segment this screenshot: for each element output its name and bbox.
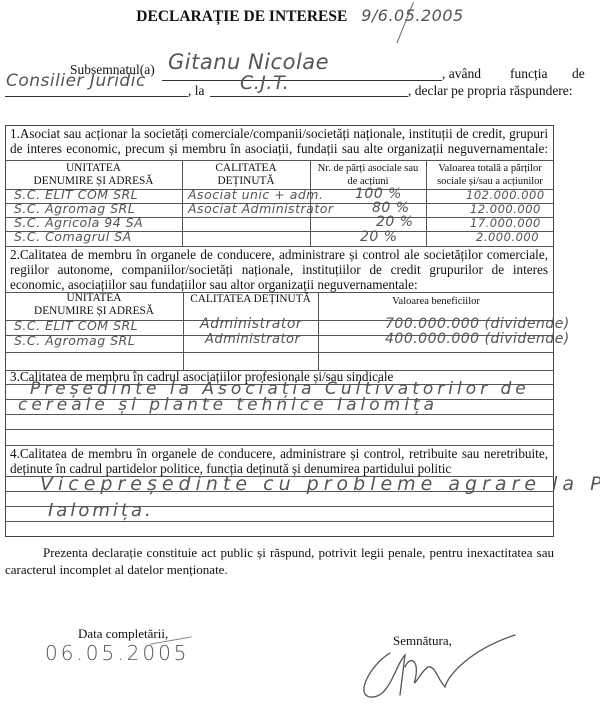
s1-col-nr-parti-l1: Nr. de părți asociale sau [310,162,426,175]
s1-row-value: 12.000.000 [470,202,541,216]
s2-row-unit: S.C. ELIT COM SRL [14,318,138,333]
s1-row-unit: S.C. Agromag SRL [14,201,135,216]
closing-line1: Prezenta declarație constituie act publi… [5,545,554,561]
divider [5,521,554,522]
section4-line1-text: 4.Calitatea de membru în organele de con… [10,446,548,461]
name-underline [162,80,442,81]
divider [5,352,554,353]
de-label: de [572,66,585,82]
divider [5,160,554,161]
signature-scribble [350,625,520,705]
closing-line1-text: Prezenta declarație constituie act publi… [43,545,554,560]
section2-line2-text: regiilor autonome, companiilor/societăți… [10,262,548,277]
section4-line1: 4.Calitatea de membru în organele de con… [10,446,548,461]
section2-line1: 2.Calitatea de membru în organele de con… [10,247,548,262]
s1-row-unit: S.C. Comagrul SA [14,229,132,244]
declar-label: , declar pe propria răspundere: [408,83,573,99]
s1-row-value: 17.000.000 [470,216,541,230]
avand-label: , având [442,66,481,82]
s1-col-valoarea: Valoarea totală a părților sociale și/sa… [426,162,554,188]
s2-row-unit: S.C. Agromag SRL [14,333,135,348]
functia-label: funcția [510,66,547,82]
closing-line2: caracterul incomplet al datelor menționa… [5,562,228,578]
s1-row-value: 2.000.000 [476,230,539,244]
s1-col-unitatea: UNITATEA DENUMIRE ȘI ADRESĂ [5,162,182,188]
s1-row-value: 102.000.000 [466,188,545,202]
divider [5,429,554,430]
section2-line2: regiilor autonome, companiilor/societăți… [10,262,548,277]
date-label: Data completării, [78,626,168,642]
s1-col-nr-parti: Nr. de părți asociale sau de acțiuni [310,162,426,188]
institution-underline [210,96,408,97]
divider [5,414,554,415]
divider [5,491,554,492]
date-value: 06.05.2005 [45,641,190,665]
handwritten-date: 9/6.05.2005 [361,6,464,25]
s1-col-calitatea: CALITATEA DEȚINUTĂ [182,162,310,188]
s1-col-unitatea-l1: UNITATEA [5,162,182,175]
section3-hand-line2: cereale și plante tehnice Ialomița [18,395,438,415]
s1-col-valoarea-l2: sociale și/sau a acțiunilor [426,175,554,188]
s2-col-unitatea: UNITATEA DENUMIRE ȘI ADRESĂ [5,292,183,318]
section1-heading: 1.Asociat sau acționar la societăți come… [10,126,548,156]
s1-row-role: Asociat unic + adm. [188,187,323,202]
s1-col-calitatea-l1: CALITATEA [182,162,310,175]
s1-row-shares: 20 % [376,214,414,230]
s2-row-value: 700.000.000 (dividende) [385,316,570,332]
s2-row-role: Administrator [200,316,302,332]
section2-line3: economic, asociațiilor sau fundațiilor s… [10,277,548,292]
declarant-name: Gitanu Nicolae [168,50,329,74]
institution-value: C.J.T. [240,72,289,94]
s2-col-unitatea-l2: DENUMIRE ȘI ADRESĂ [5,305,183,318]
s2-col-valoarea: Valoarea beneficiilor [318,295,554,308]
s1-row-role: Asociat Administrator [188,201,334,216]
section4-hand-line2: Ialomița. [48,500,154,521]
section1-heading-text: 1.Asociat sau acționar la societăți come… [10,126,548,156]
s1-col-valoarea-l1: Valoarea totală a părților [426,162,554,175]
s1-row-unit: S.C. Agricola 94 SA [14,215,143,230]
s2-col-calitatea: CALITATEA DEȚINUTĂ [183,293,318,306]
s1-row-unit: S.C. ELIT COM SRL [14,187,138,202]
section2-line1-text: 2.Calitatea de membru în organele de con… [10,247,548,262]
s2-col-unitatea-l1: UNITATEA [5,292,183,305]
function-underline [5,96,188,97]
la-label: , la [188,83,205,99]
function-value: Consilier Juridic [6,71,146,91]
s1-row-shares: 20 % [360,229,398,245]
s2-row-role: Administrator [205,332,300,347]
document-title: DECLARAȚIE DE INTERESE 9/6.05.2005 [0,6,600,26]
s2-row-value: 400.000.000 (dividende) [385,331,570,347]
title-text: DECLARAȚIE DE INTERESE [136,8,347,26]
